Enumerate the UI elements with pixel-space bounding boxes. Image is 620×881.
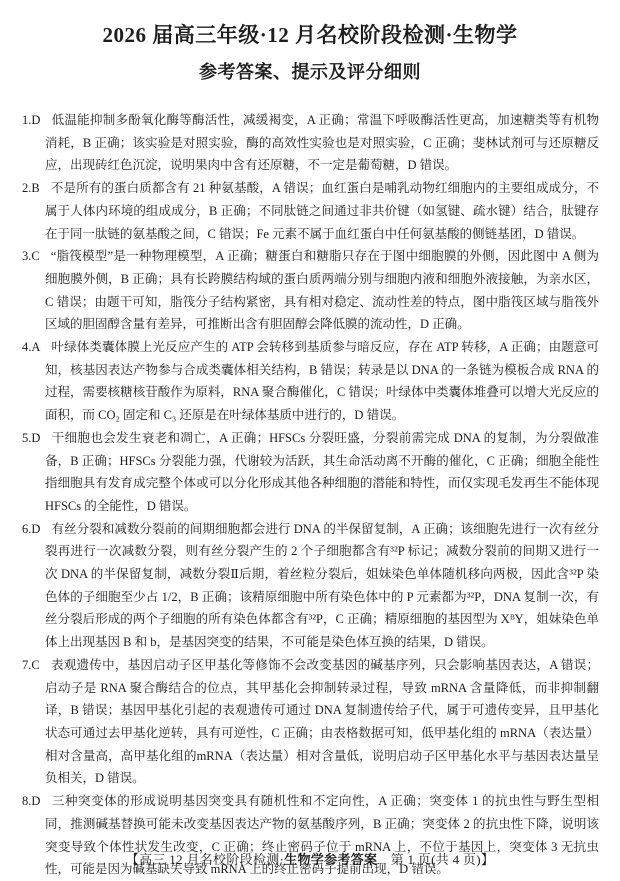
answers-list: 1.D低温能抑制多酚氧化酶等酶活性，减缓褐变，A 正确；常温下呼吸酶活性更高，加… (22, 109, 599, 881)
page-title: 2026 届高三年级·12 月名校阶段检测·生物学 (0, 19, 620, 49)
page-footer: 【高三 12 月名校阶段检测·生物学参考答案 第 1 页(共 4 页)】 (0, 849, 620, 868)
answer-text-7: 表观遗传中，基因启动子区甲基化等修饰不会改变基因的碱基序列，只会影响基因表达，A… (45, 658, 599, 786)
answer-text-5: 干细胞也会发生衰老和凋亡，A 正确；HFSCs 分裂旺盛，分裂前需完成 DNA … (45, 431, 599, 513)
answer-text-6: 有丝分裂和减数分裂前的间期细胞都会进行 DNA 的半保留复制，A 正确；该细胞先… (45, 522, 599, 650)
footer-subject-bold: 生物学参考答案 (284, 852, 377, 867)
answer-item-5: 5.D干细胞也会发生衰老和凋亡，A 正确；HFSCs 分裂旺盛，分裂前需完成 D… (22, 427, 599, 518)
answer-label-4: 4.A (22, 340, 40, 354)
answer-text-2: 不是所有的蛋白质都含有 21 种氨基酸，A 错误；血红蛋白是哺乳动物红细胞内的主… (45, 181, 599, 240)
answer-item-7: 7.C表观遗传中，基因启动子区甲基化等修饰不会改变基因的碱基序列，只会影响基因表… (22, 654, 599, 790)
footer-page-number: 第 1 页(共 4 页)】 (377, 852, 494, 867)
answer-item-4: 4.A叶绿体类囊体膜上光反应产生的 ATP 会转移到基质参与暗反应，存在 ATP… (22, 336, 599, 427)
answer-label-2: 2.B (22, 181, 40, 195)
answer-item-6: 6.D有丝分裂和减数分裂前的间期细胞都会进行 DNA 的半保留复制，A 正确；该… (22, 518, 599, 654)
answer-label-1: 1.D (22, 113, 40, 127)
answer-label-8: 8.D (22, 794, 40, 808)
answer-item-2: 2.B不是所有的蛋白质都含有 21 种氨基酸，A 错误；血红蛋白是哺乳动物红细胞… (22, 177, 599, 245)
answer-label-3: 3.C (22, 249, 40, 263)
page-subtitle: 参考答案、提示及评分细则 (0, 58, 620, 84)
answer-text-1: 低温能抑制多酚氧化酶等酶活性，减缓褐变，A 正确；常温下呼吸酶活性更高，加速糖类… (45, 113, 599, 172)
answer-label-6: 6.D (22, 522, 40, 536)
answer-item-1: 1.D低温能抑制多酚氧化酶等酶活性，减缓褐变，A 正确；常温下呼吸酶活性更高，加… (22, 109, 599, 177)
footer-prefix: 【高三 12 月名校阶段检测· (126, 852, 284, 867)
answer-item-3: 3.C“脂筏模型”是一种物理模型，A 正确；糖蛋白和糖脂只存在于图中细胞膜的外侧… (22, 245, 599, 336)
answer-text-4: 叶绿体类囊体膜上光反应产生的 ATP 会转移到基质参与暗反应，存在 ATP 转移… (45, 340, 599, 422)
answer-label-5: 5.D (22, 431, 40, 445)
answer-key-page: 2026 届高三年级·12 月名校阶段检测·生物学 参考答案、提示及评分细则 1… (0, 0, 620, 881)
answer-text-3: “脂筏模型”是一种物理模型，A 正确；糖蛋白和糖脂只存在于图中细胞膜的外侧，因此… (45, 249, 599, 331)
answer-label-7: 7.C (22, 658, 40, 672)
